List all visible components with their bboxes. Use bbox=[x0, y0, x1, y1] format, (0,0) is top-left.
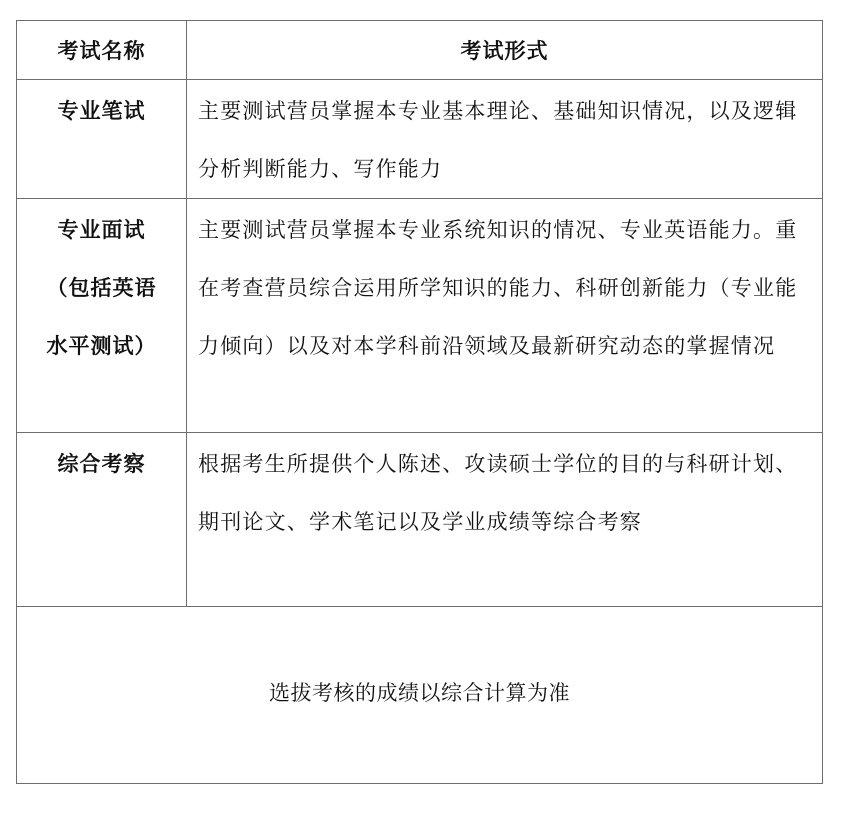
exam-name-text: 专业面试 bbox=[17, 201, 186, 259]
table-row: 专业面试 （包括英语 水平测试） 主要测试营员掌握本专业系统知识的情况、专业英语… bbox=[17, 199, 823, 433]
exam-name-text: 综合考察 bbox=[17, 435, 186, 493]
exam-format-table: 考试名称 考试形式 专业笔试 主要测试营员掌握本专业基本理论、基础知识情况，以及… bbox=[16, 20, 823, 784]
exam-name-text: 水平测试） bbox=[17, 317, 186, 375]
exam-name-text: （包括英语 bbox=[17, 259, 186, 317]
exam-name-cell: 综合考察 bbox=[17, 433, 187, 607]
summary-text: 选拔考核的成绩以综合计算为准 bbox=[17, 607, 823, 784]
table-row: 专业笔试 主要测试营员掌握本专业基本理论、基础知识情况，以及逻辑分析判断能力、写… bbox=[17, 80, 823, 199]
exam-form-cell: 根据考生所提供个人陈述、攻读硕士学位的目的与科研计划、期刊论文、学术笔记以及学业… bbox=[187, 433, 823, 607]
exam-name-cell: 专业面试 （包括英语 水平测试） bbox=[17, 199, 187, 433]
header-exam-form: 考试形式 bbox=[187, 21, 823, 80]
table-row: 综合考察 根据考生所提供个人陈述、攻读硕士学位的目的与科研计划、期刊论文、学术笔… bbox=[17, 433, 823, 607]
summary-row: 选拔考核的成绩以综合计算为准 bbox=[17, 607, 823, 784]
exam-name-text: 专业笔试 bbox=[17, 82, 186, 140]
exam-name-cell: 专业笔试 bbox=[17, 80, 187, 199]
exam-form-cell: 主要测试营员掌握本专业基本理论、基础知识情况，以及逻辑分析判断能力、写作能力 bbox=[187, 80, 823, 199]
table-header-row: 考试名称 考试形式 bbox=[17, 21, 823, 80]
header-exam-name: 考试名称 bbox=[17, 21, 187, 80]
exam-form-cell: 主要测试营员掌握本专业系统知识的情况、专业英语能力。重在考查营员综合运用所学知识… bbox=[187, 199, 823, 433]
